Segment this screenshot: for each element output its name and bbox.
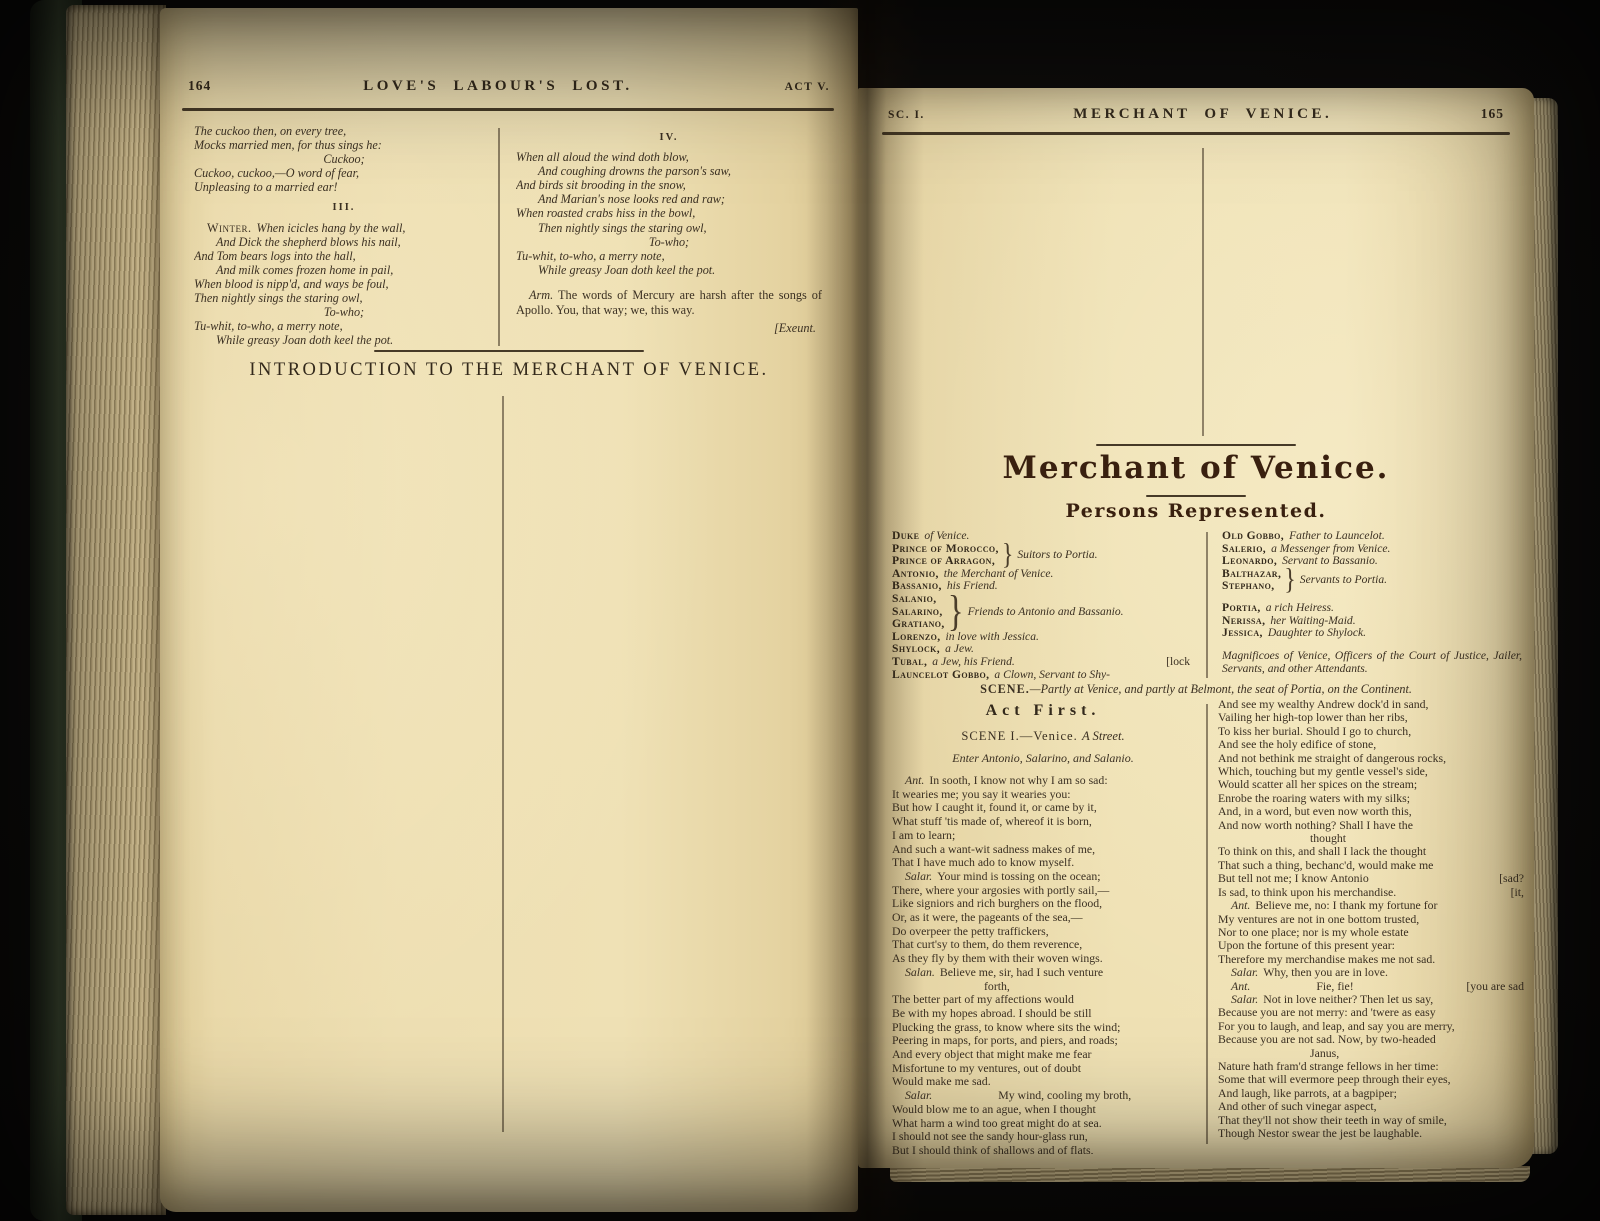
- verse-line: That curt'sy to them, do them reverence,: [892, 938, 1194, 952]
- verse-line: And Tom bears logs into the hall,: [194, 249, 494, 263]
- verse-line: Ant.Fie, fie![you are sad: [1218, 980, 1524, 993]
- cast-entry: Bassanio, his Friend.: [892, 580, 1192, 593]
- verse-line: And, in a word, but even now worth this,: [1218, 805, 1524, 818]
- verse-line: And milk comes frozen home in pail,: [194, 263, 494, 277]
- verse-line: Nor to one place; nor is my whole estate: [1218, 926, 1524, 939]
- verse-line: And other of such vinegar aspect,: [1218, 1100, 1524, 1113]
- verse-line: Therefore my merchandise makes me not sa…: [1218, 953, 1524, 966]
- character-description: Servant to Bassanio.: [1282, 555, 1378, 568]
- verse-line: IV.: [516, 124, 822, 150]
- scene-place: A Street.: [1082, 729, 1125, 743]
- scene-heading: SCENE I.—Venice. A Street.: [892, 729, 1194, 744]
- head-rule: [882, 132, 1510, 135]
- left-page-edges: [66, 5, 166, 1215]
- verse-line: Because you are not sad. Now, by two-hea…: [1218, 1033, 1524, 1046]
- act-label: ACT V.: [785, 81, 830, 93]
- song-column-left: The cuckoo then, on every tree, Mocks ma…: [194, 124, 494, 352]
- verse-line: I should not see the sandy hour-glass ru…: [892, 1130, 1194, 1144]
- verse-line: III.: [194, 194, 494, 220]
- verse-line: Salan.Believe me, sir, had I such ventur…: [892, 966, 1194, 980]
- turnover-text: [you are sad: [1461, 980, 1524, 993]
- introduction-heading: INTRODUCTION TO THE MERCHANT OF VENICE.: [160, 360, 858, 381]
- group-role: Friends to Antonio and Bassanio.: [968, 606, 1124, 619]
- act-heading: Act First.: [892, 702, 1194, 720]
- verse-line: And laugh, like parrots, at a bagpiper;: [1218, 1087, 1524, 1100]
- cast-entry: Prince of Morocco, Prince of Arragon, } …: [892, 543, 1192, 568]
- page-number: 164: [188, 78, 211, 94]
- column-rule: [1202, 148, 1204, 436]
- verse-line: I am to learn;: [892, 829, 1194, 843]
- cast-column-left: Duke of Venice. Prince of Morocco, Princ…: [892, 530, 1192, 680]
- verse-line: Salar.Why, then you are in love.: [1218, 966, 1524, 979]
- verse-line: Then nightly sings the staring owl,: [516, 221, 822, 235]
- stage-direction: Enter Antonio, Salarino, and Salanio.: [892, 751, 1194, 766]
- running-title: LOVE'S LABOUR'S LOST.: [363, 78, 632, 95]
- cast-entry: Portia, a rich Heiress.: [1222, 602, 1522, 615]
- speaker-label: Ant.: [892, 774, 924, 788]
- catchword: [lock: [1166, 656, 1192, 669]
- verse-line: Salar.Not in love neither? Then let us s…: [1218, 993, 1524, 1006]
- verse-line: Which, touching but my gentle vessel's s…: [1218, 765, 1524, 778]
- verse-line: Salar.Your mind is tossing on the ocean;: [892, 870, 1194, 884]
- verse-line: When all aloud the wind doth blow,: [516, 150, 822, 164]
- verse-line: Mocks married men, for thus sings he:: [194, 138, 494, 152]
- character-description: of Venice.: [924, 530, 969, 543]
- cast-entry: Leonardo, Servant to Bassanio.: [1222, 555, 1522, 568]
- group-role: Suitors to Portia.: [1017, 549, 1097, 562]
- left-running-head: 164 LOVE'S LABOUR'S LOST. ACT V.: [188, 78, 830, 95]
- speaker-label: Ant.: [1218, 899, 1250, 912]
- brace-glyph: }: [948, 604, 964, 620]
- turnover-text: [sad?: [1494, 872, 1524, 885]
- cast-entry: Salanio, Salarino, Gratiano, } Friends t…: [892, 593, 1192, 631]
- cast-entry: Duke of Venice.: [892, 530, 1192, 543]
- song-column-right: IV. When all aloud the wind doth blow, A…: [516, 124, 822, 352]
- speaker-label: Ant.: [1218, 980, 1250, 993]
- verse-line: Ant.Believe me, no: I thank my fortune f…: [1218, 899, 1524, 912]
- verse-line: That I have much ado to know myself.: [892, 856, 1194, 870]
- verse-line: To-who;: [516, 235, 822, 249]
- verse-line: My ventures are not in one bottom truste…: [1218, 913, 1524, 926]
- verse-line: Cuckoo, cuckoo,—O word of fear,: [194, 166, 494, 180]
- cast-entry: Nerissa, her Waiting-Maid.: [1222, 615, 1522, 628]
- speaker-label: Salan.: [892, 966, 935, 980]
- right-page-edges: [1532, 98, 1558, 1154]
- verse-line: Because you are not merry: and 'twere as…: [1218, 1006, 1524, 1019]
- verse-line: Tu-whit, to-who, a merry note,: [194, 319, 494, 333]
- verse-line: As they fly by them with their woven win…: [892, 952, 1194, 966]
- verse-line: And coughing drowns the parson's saw,: [516, 164, 822, 178]
- intro-column-1: [184, 392, 506, 1136]
- character-names: Jessica,: [1222, 627, 1263, 640]
- verse-line: Winter.When icicles hang by the wall,: [194, 221, 494, 235]
- cast-entry: Tubal, a Jew, his Friend. [lock: [892, 656, 1192, 669]
- column-rule: [502, 396, 504, 1132]
- character-names: Salanio, Salarino, Gratiano,: [892, 593, 945, 631]
- verse-line: What stuff 'tis made of, whereof it is b…: [892, 815, 1194, 829]
- bottom-page-edges: [890, 1166, 1530, 1182]
- title-divider-rule: [1096, 444, 1296, 446]
- verse-line: forth,: [892, 980, 1194, 994]
- cast-entry: Launcelot Gobbo, a Clown, Servant to Shy…: [892, 669, 1192, 680]
- speaker-label: Arm.: [516, 288, 553, 302]
- verse-line: Upon the fortune of this present year:: [1218, 939, 1524, 952]
- speaker-label: Salar.: [892, 1089, 932, 1103]
- persons-heading: Persons Represented.: [858, 500, 1534, 522]
- character-description: a Clown, Servant to Shy-: [994, 669, 1110, 680]
- turnover-text: [it,: [1506, 886, 1524, 899]
- verse-line: When roasted crabs hiss in the bowl,: [516, 206, 822, 220]
- verse-line: Unpleasing to a married ear!: [194, 180, 494, 194]
- speaker-label: Winter.: [194, 221, 252, 235]
- verse-line: And see the holy edifice of stone,: [1218, 738, 1524, 751]
- exeunt-direction: [Exeunt.: [516, 321, 822, 336]
- running-title: MERCHANT OF VENICE.: [1073, 106, 1332, 123]
- verse-line: It wearies me; you say it wearies you:: [892, 788, 1194, 802]
- verse-line: Nature hath fram'd strange fellows in he…: [1218, 1060, 1524, 1073]
- verse-line: And birds sit brooding in the snow,: [516, 178, 822, 192]
- column-rule: [1206, 704, 1208, 1144]
- character-names: Old Gobbo,: [1222, 530, 1284, 543]
- verse-line: And now worth nothing? Shall I have the: [1218, 819, 1524, 832]
- verse-line: And such a want-wit sadness makes of me,: [892, 843, 1194, 857]
- speaker-label: Salar.: [1218, 966, 1258, 979]
- verse-line: Cuckoo;: [194, 152, 494, 166]
- verse-line: That such a thing, bechanc'd, would make…: [1218, 859, 1524, 872]
- verse-line: To-who;: [194, 305, 494, 319]
- character-description: Father to Launcelot.: [1289, 530, 1385, 543]
- cast-entry: Old Gobbo, Father to Launcelot.: [1222, 530, 1522, 543]
- armado-speech: Arm. The words of Mercury are harsh afte…: [516, 288, 822, 317]
- verse-line: thought: [1218, 832, 1524, 845]
- play-title: Merchant of Venice.: [858, 450, 1534, 486]
- verse-line: That they'll not show their teeth in way…: [1218, 1114, 1524, 1127]
- verse-line: And Marian's nose looks red and raw;: [516, 192, 822, 206]
- column-rule: [1206, 532, 1208, 678]
- verse-line: Would scatter all her spices on the stre…: [1218, 778, 1524, 791]
- verse-line: Janus,: [1218, 1047, 1524, 1060]
- verse-line: There, where your argosies with portly s…: [892, 884, 1194, 898]
- character-names: Duke: [892, 530, 919, 543]
- verse-line: Would make me sad.: [892, 1075, 1194, 1089]
- verse-line: Like signiors and rich burghers on the f…: [892, 897, 1194, 911]
- verse-line: Is sad, to think upon his merchandise.[i…: [1218, 886, 1524, 899]
- verse-line: And see my wealthy Andrew dock'd in sand…: [1218, 698, 1524, 711]
- verse-line: Enrobe the roaring waters with my silks;: [1218, 792, 1524, 805]
- character-description: Daughter to Shylock.: [1268, 627, 1366, 640]
- verse-line: The better part of my affections would: [892, 993, 1194, 1007]
- group-role: Servants to Portia.: [1300, 574, 1387, 587]
- verse-line: Some that will evermore peep through the…: [1218, 1073, 1524, 1086]
- verse-line: Vailing her high-top lower than her ribs…: [1218, 711, 1524, 724]
- character-names: Leonardo,: [1222, 555, 1277, 568]
- speech-text: The words of Mercury are harsh after the…: [516, 288, 822, 317]
- book-photo: 164 LOVE'S LABOUR'S LOST. ACT V. The cuc…: [0, 0, 1600, 1221]
- character-names: Portia,: [1222, 602, 1261, 615]
- verse-line: When blood is nipp'd, and ways be foul,: [194, 277, 494, 291]
- column-rule: [498, 128, 500, 346]
- verse-line: And every object that might make me fear: [892, 1048, 1194, 1062]
- right-page: SC. I. MERCHANT OF VENICE. 165 Merchant …: [858, 88, 1534, 1168]
- character-description: a Jew, his Friend.: [932, 656, 1015, 669]
- verse-line: Tu-whit, to-who, a merry note,: [516, 249, 822, 263]
- verse-line: To think on this, and shall I lack the t…: [1218, 845, 1524, 858]
- character-names: Prince of Morocco, Prince of Arragon,: [892, 543, 999, 568]
- verse-line: Or, as it were, the pageants of the sea,…: [892, 911, 1194, 925]
- character-names: Tubal,: [892, 656, 927, 669]
- verse-line: But how I caught it, found it, or came b…: [892, 801, 1194, 815]
- verse-line: But tell not me; I know Antonio[sad?: [1218, 872, 1524, 885]
- verse-line: The cuckoo then, on every tree,: [194, 124, 494, 138]
- head-rule: [182, 108, 834, 111]
- intro-cont-column-2: [1216, 146, 1518, 438]
- verse-line: Would blow me to an ague, when I thought: [892, 1103, 1194, 1117]
- verse-line: Plucking the grass, to know where sits t…: [892, 1021, 1194, 1035]
- page-number: 165: [1481, 106, 1504, 122]
- verse-line: And not bethink me straight of dangerous…: [1218, 752, 1524, 765]
- brace-glyph: }: [1284, 573, 1296, 589]
- act-column-2: And see my wealthy Andrew dock'd in sand…: [1218, 698, 1524, 1154]
- verse-line: Though Nestor swear the jest be laughabl…: [1218, 1127, 1524, 1140]
- verse-line: For you to laugh, and leap, and say you …: [1218, 1020, 1524, 1033]
- act-column-1: Act First. SCENE I.—Venice. A Street. En…: [892, 702, 1194, 1154]
- verse-line: Salar.My wind, cooling my broth,: [892, 1089, 1194, 1103]
- left-page: 164 LOVE'S LABOUR'S LOST. ACT V. The cuc…: [160, 8, 858, 1212]
- verse-line: Be with my hopes abroad. I should be sti…: [892, 1007, 1194, 1021]
- verse-line: While greasy Joan doth keel the pot.: [516, 263, 822, 277]
- section-divider-rule: [374, 350, 644, 352]
- verse-line: Then nightly sings the staring owl,: [194, 291, 494, 305]
- character-description: a rich Heiress.: [1266, 602, 1334, 615]
- verse-line: And Dick the shepherd blows his nail,: [194, 235, 494, 249]
- intro-column-2: [514, 392, 836, 1136]
- scene-abbr: SC. I.: [888, 109, 925, 121]
- scene-setting-note: SCENE.—Partly at Venice, and partly at B…: [858, 682, 1534, 697]
- verse-line: Misfortune to my ventures, out of doubt: [892, 1062, 1194, 1076]
- cast-entry: Jessica, Daughter to Shylock.: [1222, 627, 1522, 640]
- verse-line: Do overpeer the petty traffickers,: [892, 925, 1194, 939]
- verse-line: What harm a wind too great might do at s…: [892, 1117, 1194, 1131]
- cast-column-right: Old Gobbo, Father to Launcelot. Salerio,: [1222, 530, 1522, 680]
- verse-line: While greasy Joan doth keel the pot.: [194, 333, 494, 347]
- verse-line: Peering in maps, for ports, and piers, a…: [892, 1034, 1194, 1048]
- speaker-label: Salar.: [892, 870, 932, 884]
- cast-entry: Balthazar, Stephano, } Servants to Porti…: [1222, 568, 1522, 593]
- intro-cont-column-1: [888, 146, 1190, 438]
- speaker-label: Salar.: [1218, 993, 1258, 1006]
- persons-divider-rule: [1146, 495, 1246, 497]
- character-names: Balthazar, Stephano,: [1222, 568, 1281, 593]
- right-running-head: SC. I. MERCHANT OF VENICE. 165: [888, 106, 1504, 123]
- verse-line: But I should think of shallows and of fl…: [892, 1144, 1194, 1154]
- verse-line: To kiss her burial. Should I go to churc…: [1218, 725, 1524, 738]
- brace-glyph: }: [1002, 547, 1014, 563]
- magnificoes-note: Magnificoes of Venice, Officers of the C…: [1222, 649, 1522, 675]
- character-names: Launcelot Gobbo,: [892, 669, 989, 680]
- verse-line: Ant.In sooth, I know not why I am so sad…: [892, 774, 1194, 788]
